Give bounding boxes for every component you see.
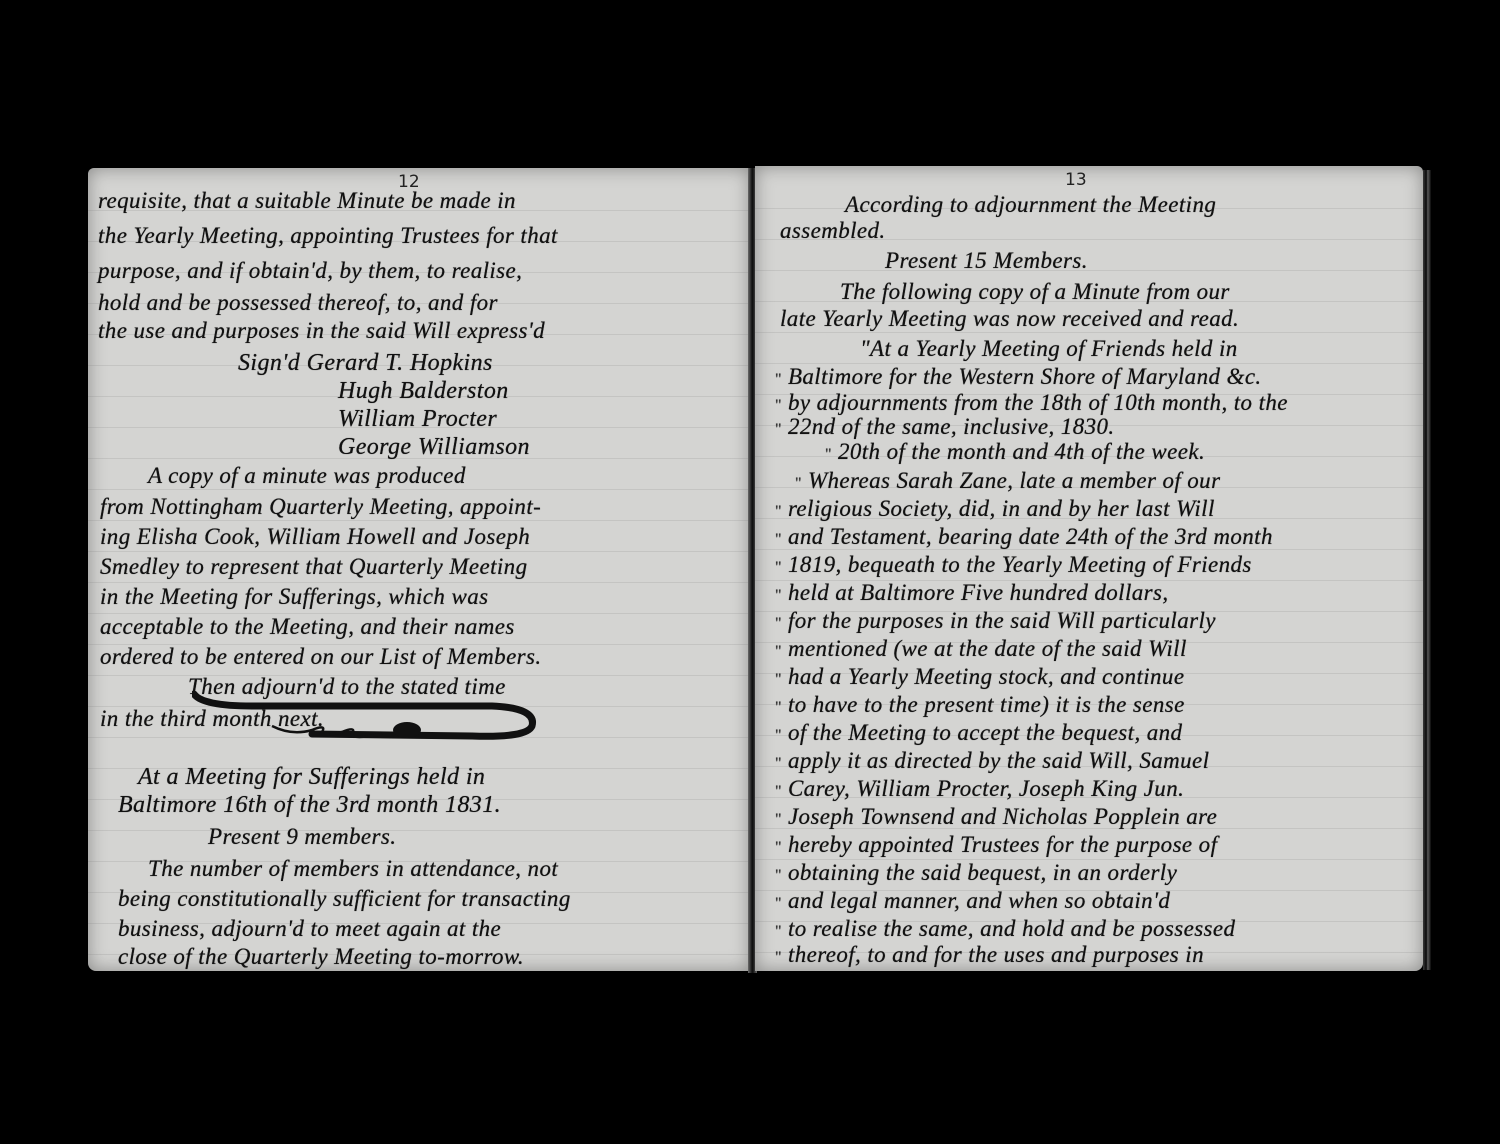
left-page: 12 requisite, that a suitable Minute be … (88, 168, 750, 971)
text-line: hold and be possessed thereof, to, and f… (98, 290, 498, 316)
signature-line: Hugh Balderston (338, 378, 509, 405)
text-line: and legal manner, and when so obtain'd (788, 888, 1170, 913)
page-stack-edge (1423, 170, 1431, 970)
flourish-divider-icon (192, 686, 542, 746)
text-line: requisite, that a suitable Minute be mad… (98, 188, 516, 214)
text-line: apply it as directed by the said Will, S… (788, 748, 1210, 773)
text-line: held at Baltimore Five hundred dollars, (788, 580, 1169, 605)
text-line: The following copy of a Minute from our (840, 279, 1230, 305)
text-line: assembled. (780, 218, 886, 244)
text-line: and Testament, bearing date 24th of the … (788, 524, 1273, 549)
signature-line: Sign'd Gerard T. Hopkins (238, 350, 493, 377)
signature-line: William Procter (338, 406, 497, 433)
text-line: hereby appointed Trustees for the purpos… (788, 832, 1217, 857)
text-line: obtaining the said bequest, in an orderl… (788, 860, 1177, 885)
text-line: of the Meeting to accept the bequest, an… (788, 720, 1183, 745)
page-number-right: 13 (1065, 170, 1087, 190)
text-line: for the purposes in the said Will partic… (788, 608, 1216, 633)
text-line: 22nd of the same, inclusive, 1830. (788, 414, 1115, 439)
heading-line: At a Meeting for Sufferings held in (138, 764, 485, 791)
heading-line: Baltimore 16th of the 3rd month 1831. (118, 792, 501, 819)
text-line: business, adjourn'd to meet again at the (118, 916, 501, 942)
text-line: the use and purposes in the said Will ex… (98, 318, 545, 344)
text-line: Carey, William Procter, Joseph King Jun. (788, 776, 1184, 801)
text-line: purpose, and if obtain'd, by them, to re… (98, 258, 522, 284)
text-line: Whereas Sarah Zane, late a member of our (808, 468, 1221, 493)
text-line: Joseph Townsend and Nicholas Popplein ar… (788, 804, 1217, 829)
text-line: 1819, bequeath to the Yearly Meeting of … (788, 552, 1252, 577)
text-line: Smedley to represent that Quarterly Meet… (100, 554, 527, 580)
text-line: According to adjournment the Meeting (845, 192, 1216, 218)
text-line: religious Society, did, in and by her la… (788, 496, 1215, 521)
text-line: close of the Quarterly Meeting to-morrow… (118, 944, 524, 970)
text-line: Present 9 members. (208, 824, 396, 850)
text-line: "At a Yearly Meeting of Friends held in (860, 336, 1238, 362)
text-line: acceptable to the Meeting, and their nam… (100, 614, 515, 640)
text-line: late Yearly Meeting was now received and… (780, 306, 1239, 332)
text-line: 20th of the month and 4th of the week. (838, 439, 1205, 464)
text-line: thereof, to and for the uses and purpose… (788, 942, 1204, 967)
text-line: the Yearly Meeting, appointing Trustees … (98, 223, 558, 249)
signature-line: George Williamson (338, 434, 530, 461)
text-line: to realise the same, and hold and be pos… (788, 916, 1235, 941)
right-page: 13 According to adjournment the Meeting … (755, 166, 1423, 971)
text-line: from Nottingham Quarterly Meeting, appoi… (100, 494, 541, 520)
text-line: in the Meeting for Sufferings, which was (100, 584, 488, 610)
text-line: mentioned (we at the date of the said Wi… (788, 636, 1187, 661)
text-line: had a Yearly Meeting stock, and continue (788, 664, 1185, 689)
text-line: Present 15 Members. (885, 248, 1088, 274)
text-line: A copy of a minute was produced (148, 463, 466, 489)
text-line: by adjournments from the 18th of 10th mo… (788, 390, 1288, 415)
text-line: ing Elisha Cook, William Howell and Jose… (100, 524, 530, 550)
text-line: to have to the present time) it is the s… (788, 692, 1185, 717)
text-line: The number of members in attendance, not (148, 856, 558, 882)
text-line: ordered to be entered on our List of Mem… (100, 644, 542, 670)
text-line: Baltimore for the Western Shore of Maryl… (788, 364, 1262, 389)
text-line: being constitutionally sufficient for tr… (118, 886, 571, 912)
